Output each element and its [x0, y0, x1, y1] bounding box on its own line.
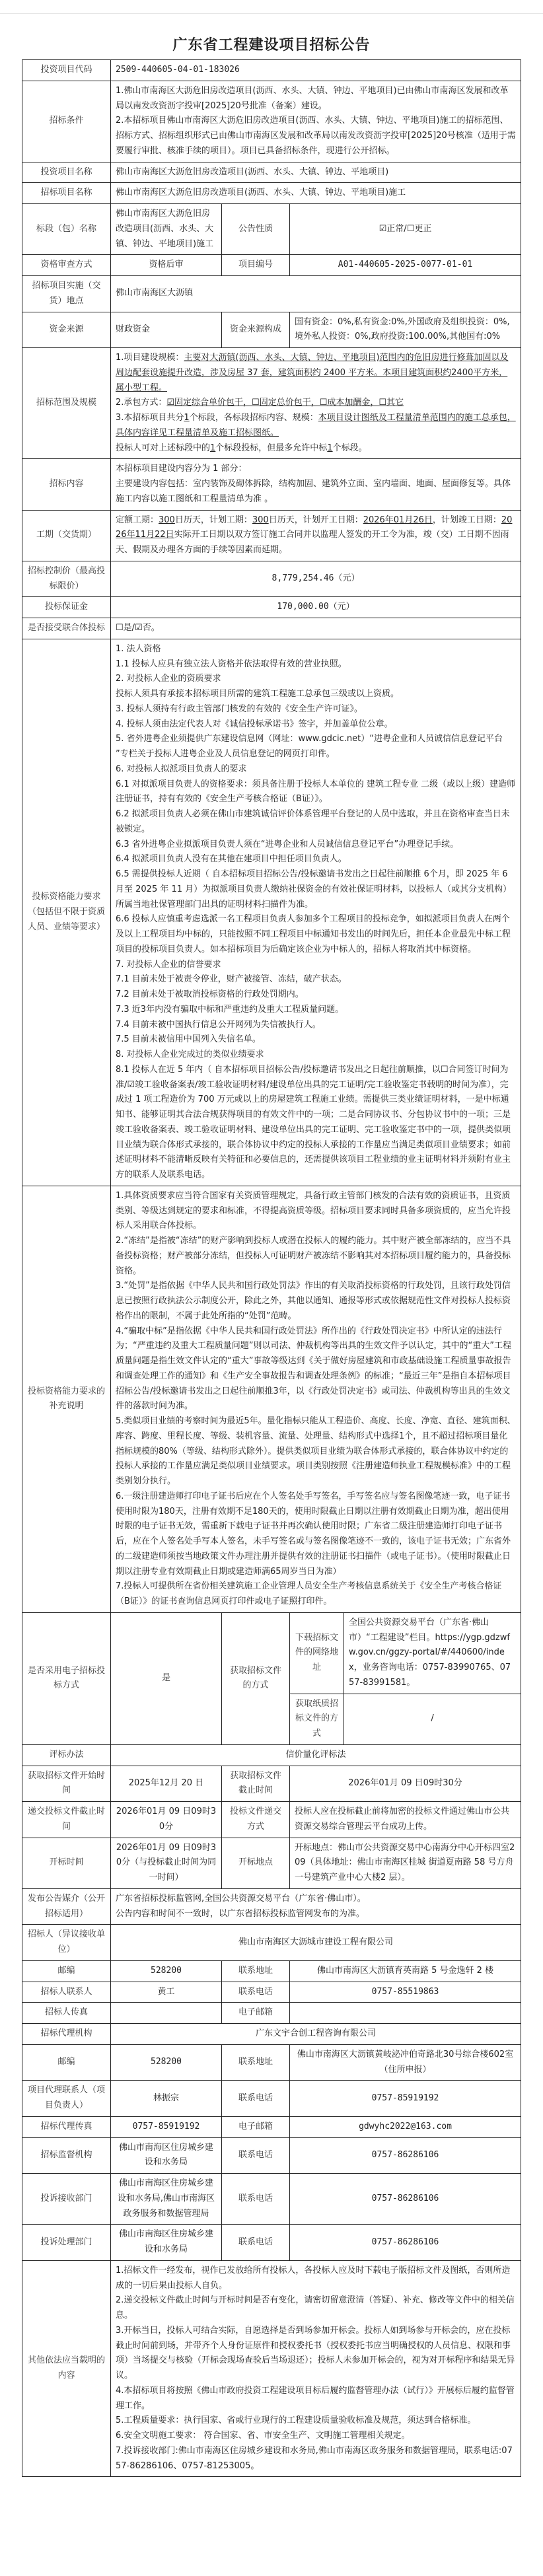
value: 2026年01月 09 日09时30分 — [111, 1802, 222, 1838]
value: 528200 — [111, 2044, 222, 2081]
label: 发布公告媒介（公开招标适用） — [22, 1888, 111, 1925]
line: 7.投标人可提供所在省份相关建筑施工企业管理人员安全生产考核信息系统关于《安全生… — [116, 1579, 516, 1610]
label: 投资项目名称 — [22, 162, 111, 183]
line: 6.4 拟派项目负责人没有在其他在建项目中担任项目负责人。 — [116, 852, 516, 867]
line: 6.1 对拟派项目负责人的资格要求：须具备注册于投标人本单位的 建筑工程专业 二… — [116, 777, 516, 808]
label: 投标保证金 — [22, 597, 111, 618]
label: 联系电话 — [222, 2174, 290, 2225]
label: 标段（包）名称 — [22, 204, 111, 255]
label: 联系电话 — [222, 2081, 290, 2117]
row-consortium: 是否接受联合体投标 ☐是/☑否。 — [22, 618, 521, 639]
row-qualification: 投标资格能力要求（包括但不限于资质人员、业绩等要求） 1. 法人资格 1.1 投… — [22, 639, 521, 1186]
nature-checkbox: ☑正常/☐更正 — [290, 204, 521, 255]
value: 佛山市南海区住房城乡建设和水务局 — [111, 2137, 222, 2174]
label: 是否接受联合体投标 — [22, 618, 111, 639]
label: 招标代理传真 — [22, 2116, 111, 2137]
value: 8,779,254.46（元） — [111, 561, 521, 597]
row-content: 招标内容 本招标项目建设内容分为 1 部分： 主要建设内容包括：室内装饰及砌体拆… — [22, 459, 521, 510]
line: 本招标项目建设内容分为 1 部分： — [116, 462, 516, 477]
line: 5. 省外进粤企业须提供广东建设信息网（网址：www.gdcic.net）“进粤… — [116, 732, 516, 762]
label: 投标文件递交方式 — [222, 1802, 290, 1838]
row-review: 资格审查方式 资格后审 项目编号 A01-440605-2025-0077-01… — [22, 255, 521, 276]
label: 招标控制价（最高投标限价） — [22, 561, 111, 597]
row-opening: 开标时间 2026年01月 09 日09时30分（与投标截止时间为同一时间） 开… — [22, 1838, 521, 1888]
line: 8.1 投标人在近 5 年内（ 自本招标项目招标公告/投标邀请书发出之日起往前顺… — [116, 1063, 516, 1183]
label: 投诉接收部门 — [22, 2174, 111, 2225]
value: 佛山市南海区住房城乡建设和水务局 — [111, 2225, 222, 2261]
label: 联系电话 — [222, 2225, 290, 2261]
label: 开标时间 — [22, 1838, 111, 1888]
text: 1 — [184, 413, 189, 423]
label: 联系地址 — [222, 2044, 290, 2081]
label: 投诉处理部门 — [22, 2225, 111, 2261]
top-bar — [0, 0, 543, 14]
text: 个标段，各标段招标内容、规模： — [190, 413, 318, 423]
notice-table: 投资项目代码 2509-440605-04-01-183026 招标条件 1.佛… — [22, 59, 521, 2477]
value — [290, 2003, 521, 2024]
text: 个标段。 — [333, 443, 367, 453]
label: 联系电话 — [222, 1982, 290, 2003]
line: 7.4 目前未被中国执行信息公开网列为失信被执行人。 — [116, 1018, 516, 1033]
row-tenderer: 招标人（异议接收单位） 佛山市南海区大沥城市建设工程有限公司 — [22, 1925, 521, 1961]
row-tenderer-contact: 招标人联系人 黄工 联系电话 0757-85519863 — [22, 1982, 521, 2003]
email-link[interactable]: gdwyhc2022@163.com — [290, 2116, 521, 2137]
label: 电子邮箱 — [222, 2003, 290, 2024]
value: ☐是/☑否。 — [111, 618, 521, 639]
row-agency-contact: 项目代理联系人（项目负责人） 林振宗 联系电话 0757-85919192 — [22, 2081, 521, 2117]
text: 定额工期： — [116, 515, 159, 525]
label: 投标资格能力要求的补充说明 — [22, 1186, 111, 1612]
row-obtain-time: 获取招标文件开始时间 2025年12月 20 日 获取招标文件截止时间 2026… — [22, 1766, 521, 1802]
label: 联系电话 — [222, 2137, 290, 2174]
line: 2.“冻结”是指被“冻结”的财产影响到投标人或潜在投标人的履约能力。其中财产被全… — [116, 1234, 516, 1279]
value: 0757-85919192 — [290, 2081, 521, 2117]
label: 工期（交货期） — [22, 510, 111, 561]
value: 2026年01月 09 日09时30分（与投标截止时间为同一时间） — [111, 1838, 222, 1888]
line: 4.“骗取中标”是指依据《中华人民共和国行政处罚法》所作出的《行政处罚决定书》中… — [116, 1324, 516, 1415]
label: 投标资格能力要求（包括但不限于资质人员、业绩等要求） — [22, 639, 111, 1186]
text: ，计划竣工日期： — [433, 515, 501, 525]
line: 主要建设内容包括：室内装饰及砌体拆除，结构加固、建筑外立面、室内墙面、地面、屋面… — [116, 477, 516, 507]
row-media: 发布公告媒介（公开招标适用） 广东省招标投标监管网,全国公共资源交易平台（广东省… — [22, 1888, 521, 1925]
label: 邮编 — [22, 1960, 111, 1982]
line: 1.招标文件一经发布，视作已发放给所有投标人，各投标人应及时下载电子版招标文件及… — [116, 2264, 516, 2294]
text: 1 — [327, 443, 332, 453]
label: 开标地点 — [222, 1838, 290, 1888]
value: 是 — [111, 1612, 222, 1744]
line: 7.2 目前未处于被取消投标资格的行政处罚期内。 — [116, 987, 516, 1003]
value: 佛山市南海区大沥镇育英南路 5 号金逸轩 2 楼 — [290, 1960, 521, 1982]
line: 6.3 省外进粤企业拟派项目负责人须在“进粤企业和人员诚信信息登记平台”办理登记… — [116, 838, 516, 853]
value: 资格后审 — [111, 255, 222, 276]
value: 佛山市南海区大沥危旧房改造项目(沥西、水头、大镇、钟边、平地项目)施工 — [111, 183, 521, 204]
value: 170,000.00（元） — [111, 597, 521, 618]
line: 2.递交投标文件截止时间与开标时间是否有变化，请密切留意澄清（答疑）、补充、修改… — [116, 2293, 516, 2324]
label: 获取招标文件的方式 — [222, 1612, 290, 1744]
label: 邮编 — [22, 2044, 111, 2081]
value: 广东省招标投标监管网,全国公共资源交易平台（广东省·佛山市）。 公告内容和时间不… — [111, 1888, 521, 1925]
value: 广东文宇合创工程咨询有限公司 — [111, 2024, 521, 2045]
line: 1.1 投标人应具有独立法人资格并依法取得有效的营业执照。 — [116, 657, 516, 672]
row-period: 工期（交货期） 定额工期：300日历天，计划工期：300日历天，计划开工日期：2… — [22, 510, 521, 561]
value: 财政资金 — [111, 312, 222, 348]
row-tenderer-zip: 邮编 528200 联系地址 佛山市南海区大沥镇育英南路 5 号金逸轩 2 楼 — [22, 1960, 521, 1982]
text: 实际开工日期以双方签订施工合同并以监理人签发的开工令为准，竣（交）工日期不因雨天… — [116, 530, 509, 555]
row-control-price: 招标控制价（最高投标限价） 8,779,254.46（元） — [22, 561, 521, 597]
value: 投标人应在投标截止前将加密的投标文件通过佛山市公共资源交易综合管理云平台成功上传… — [290, 1802, 521, 1838]
row-funding: 资金来源 财政资金 资金来源构成 国有资金：0%,私有资金:0%,外国政府及组织… — [22, 312, 521, 348]
text: 投标人可对上述标段中的 — [116, 443, 210, 453]
text: 日历天，计划开工日期： — [269, 515, 363, 525]
label: 联系地址 — [222, 1960, 290, 1982]
text: 1.项目建设规模： — [116, 353, 184, 363]
label: 项目编号 — [222, 255, 290, 276]
label: 资金来源构成 — [222, 312, 290, 348]
value: 0757-86286106 — [290, 2225, 521, 2261]
line: 4. 投标人须由法定代表人对《诚信投标承诺书》签字，并加盖单位公章。 — [116, 717, 516, 733]
label: 招标项目名称 — [22, 183, 111, 204]
label: 招标范围及规模 — [22, 348, 111, 459]
row-evaluation: 评标办法 信价量化评标法 — [22, 1744, 521, 1766]
line: 6.一级注册建造师打印电子证书后应在个人签名处手写签名，手写签名应与签名图像笔迹… — [116, 1489, 516, 1580]
row-electronic: 是否采用电子招标投标方式 是 获取招标文件的方式 下载招标文件的网络地址 全国公… — [22, 1612, 521, 1694]
value: 佛山市南海区大沥危旧房改造项目(沥西、水头、大镇、钟边、平地项目)施工 — [111, 204, 222, 255]
row-agency-zip: 邮编 528200 联系地址 佛山市南海区大沥镇黄岐泌冲伯奇路北30号综合楼60… — [22, 2044, 521, 2081]
label: 招标监督机构 — [22, 2137, 111, 2174]
line: 投标人须具有承接本招标项目所需的建筑工程施工总承包三级或以上资质。 — [116, 687, 516, 702]
line: 3.开标当日，投标人可结合实际，自愿选择是否到场参加开标会。投标人如到场参与开标… — [116, 2324, 516, 2384]
row-qualification-notes: 投标资格能力要求的补充说明 1.具体资质要求应当符合国家有关资质管理规定，具备行… — [22, 1186, 521, 1612]
value: 林振宗 — [111, 2081, 222, 2117]
value: 0757-85519863 — [290, 1982, 521, 2003]
row-submit: 递交投标文件截止时间 2026年01月 09 日09时30分 投标文件递交方式 … — [22, 1802, 521, 1838]
value: 佛山市南海区大沥镇黄岐泌冲伯奇路北30号综合楼602室（住所申报） — [290, 2044, 521, 2081]
line: 7.1 目前未处于被责令停业，财产被接管、冻结，破产状态。 — [116, 972, 516, 987]
row-location: 招标项目实施（交货）地点 佛山市南海区大沥镇 — [22, 276, 521, 312]
value: 1.项目建设规模：主要对大沥镇(沥西、水头、大镇、钟边、平地项目)范围内的危旧房… — [111, 348, 521, 459]
value: 1.具体资质要求应当符合国家有关资质管理规定，具备行政主管部门核发的合法有效的资… — [111, 1186, 521, 1612]
row-deposit: 投标保证金 170,000.00（元） — [22, 597, 521, 618]
text: 300 — [252, 515, 269, 525]
line: 5.工程质量要求：执行国家、省或行业现行的工程建设质量验收标准及规范，须达到合格… — [116, 2414, 516, 2429]
label: 项目代理联系人（项目负责人） — [22, 2081, 111, 2117]
label: 下载招标文件的网络地址 — [290, 1612, 344, 1694]
bottom-spacer — [0, 2477, 543, 2576]
value: 开标地点：佛山市公共资源交易中心南海分中心开标四室209（具体地址：佛山市南海区… — [290, 1838, 521, 1888]
label: 电子邮箱 — [222, 2116, 290, 2137]
row-other: 其他依法应当载明的内容 1.招标文件一经发布，视作已发放给所有投标人，各投标人应… — [22, 2260, 521, 2477]
line: 广东省招标投标监管网,全国公共资源交易平台（广东省·佛山市）。 — [116, 1892, 516, 1907]
contract-type-checkboxes: ☑固定综合单价包干，☐固定总价包干，☐成本加酬金，☐其它 — [166, 398, 404, 408]
row-complaint-handle: 投诉处理部门 佛山市南海区住房城乡建设和水务局 联系电话 0757-862861… — [22, 2225, 521, 2261]
line: 2. 对投标人企业的资质要求 — [116, 672, 516, 687]
label: 是否采用电子招标投标方式 — [22, 1612, 111, 1744]
label: 招标人（异议接收单位） — [22, 1925, 111, 1961]
line: 7.3 近3年内没有骗取中标和严重违约及重大工程质量问题。 — [116, 1003, 516, 1018]
value: 1. 法人资格 1.1 投标人应具有独立法人资格并依法取得有效的营业执照。 2.… — [111, 639, 521, 1186]
line: 4.本招标项目将按照《佛山市政府投资工程建设项目标后履约监督管理办法（试行）》开… — [116, 2384, 516, 2414]
line: 6.6 投标人应慎重考虑选派一名工程项目负责人参加多个工程项目的投标竞争，如拟派… — [116, 912, 516, 957]
value: 1.佛山市南海区大沥危旧房改造项目(沥西、水头、大镇、钟边、平地项目)已由佛山市… — [111, 81, 521, 162]
line: 2.本招标项目佛山市南海区大沥危旧房改造项目(沥西、水头、大镇、钟边、平地项目)… — [116, 114, 516, 159]
line: 6. 对投标人拟派项目负责人的要求 — [116, 762, 516, 777]
line: 1.佛山市南海区大沥危旧房改造项目(沥西、水头、大镇、钟边、平地项目)已由佛山市… — [116, 84, 516, 114]
label: 投资项目代码 — [22, 60, 111, 81]
line: 5.类似项目业绩的考察时间为最近5年。量化指标只能从工程造价、高度、长度、净宽、… — [116, 1414, 516, 1489]
row-investment-code: 投资项目代码 2509-440605-04-01-183026 — [22, 60, 521, 81]
value: 信价量化评标法 — [111, 1744, 521, 1766]
line: 7.投诉接收部门:佛山市南海区住房城乡建设和水务局,佛山市南海区政务服务和数据管… — [116, 2444, 516, 2474]
row-supervisor: 招标监督机构 佛山市南海区住房城乡建设和水务局 联系电话 0757-862861… — [22, 2137, 521, 2174]
row-agency: 招标代理机构 广东文宇合创工程咨询有限公司 — [22, 2024, 521, 2045]
value: 2509-440605-04-01-183026 — [111, 60, 521, 81]
text: 3.本招标项目共分 — [116, 413, 184, 423]
line: 6.5 需提供投标人近期（ 自本招标项目招标公告/投标邀请书发出之日起往前顺推 … — [116, 867, 516, 912]
line: 6.安全文明施工要求： 符合国家、省、市安全生产、文明施工管理相关规定。 — [116, 2429, 516, 2444]
label: 递交投标文件截止时间 — [22, 1802, 111, 1838]
download-address[interactable]: 全国公共资源交易平台（广东省·佛山市）“工程建设”栏目。https://ygp.… — [344, 1612, 521, 1694]
line: 1.具体资质要求应当符合国家有关资质管理规定，具备行政主管部门核发的合法有效的资… — [116, 1189, 516, 1234]
value: 佛山市南海区住房城乡建设和水务局,佛山市南海区政务服务和数据管理局 — [111, 2174, 222, 2225]
label: 获取招标文件截止时间 — [222, 1766, 290, 1802]
row-scope: 招标范围及规模 1.项目建设规模：主要对大沥镇(沥西、水头、大镇、钟边、平地项目… — [22, 348, 521, 459]
value: 1.招标文件一经发布，视作已发放给所有投标人，各投标人应及时下载电子版招标文件及… — [111, 2260, 521, 2477]
value: 定额工期：300日历天，计划工期：300日历天，计划开工日期：2026年01月2… — [111, 510, 521, 561]
value: 2026年01月 09 日09时30分 — [290, 1766, 521, 1802]
page-title: 广东省工程建设项目招标公告 — [0, 34, 543, 54]
label: 获取招标文件开始时间 — [22, 1766, 111, 1802]
row-investment-name: 投资项目名称 佛山市南海区大沥危旧房改造项目(沥西、水头、大镇、钟边、平地项目) — [22, 162, 521, 183]
row-tenderer-fax: 招标人传真 电子邮箱 — [22, 2003, 521, 2024]
row-tender-name: 招标项目名称 佛山市南海区大沥危旧房改造项目(沥西、水头、大镇、钟边、平地项目)… — [22, 183, 521, 204]
line: 公告内容和时间不一致时，以广东省招标投标监管网发布的为准。 — [116, 1907, 516, 1922]
row-agency-fax: 招标代理传真 0757-85919192 电子邮箱 gdwyhc2022@163… — [22, 2116, 521, 2137]
value — [111, 2003, 222, 2024]
label: 招标代理机构 — [22, 2024, 111, 2045]
label: 评标办法 — [22, 1744, 111, 1766]
text: 个标段投标，但最多允许中标 — [215, 443, 327, 453]
row-complaint-receive: 投诉接收部门 佛山市南海区住房城乡建设和水务局,佛山市南海区政务服务和数据管理局… — [22, 2174, 521, 2225]
line: 3.“处罚”是指依据《中华人民共和国行政处罚法》作出的有关取消投标资格的行政处罚… — [116, 1279, 516, 1324]
label: 招标内容 — [22, 459, 111, 510]
row-conditions: 招标条件 1.佛山市南海区大沥危旧房改造项目(沥西、水头、大镇、钟边、平地项目)… — [22, 81, 521, 162]
line: 7.5 目前未被信用中国列入失信名单。 — [116, 1032, 516, 1048]
line: 1. 法人资格 — [116, 642, 516, 657]
label: 其他依法应当载明的内容 — [22, 2260, 111, 2477]
text: 日历天，计划工期： — [175, 515, 252, 525]
value: 佛山市南海区大沥镇 — [111, 276, 521, 312]
line: 3. 投标人须持有行政主管部门核发的有效的《安全生产许可证》。 — [116, 702, 516, 717]
label: 招标人传真 — [22, 2003, 111, 2024]
label: 资金来源 — [22, 312, 111, 348]
line: 6.2 拟派项目负责人必须在佛山市建筑诚信评价体系管理平台登记的人员中选取，并且… — [116, 807, 516, 838]
value: 本招标项目建设内容分为 1 部分： 主要建设内容包括：室内装饰及砌体拆除，结构加… — [111, 459, 521, 510]
line: 8. 对投标人企业完成过的类似业绩要求 — [116, 1048, 516, 1063]
label: 招标人联系人 — [22, 1982, 111, 2003]
value: 0757-86286106 — [290, 2137, 521, 2174]
label: 资格审查方式 — [22, 255, 111, 276]
label: 公告性质 — [222, 204, 290, 255]
value: 佛山市南海区大沥危旧房改造项目(沥西、水头、大镇、钟边、平地项目) — [111, 162, 521, 183]
value: 0757-85919192 — [111, 2116, 222, 2137]
value: 528200 — [111, 1960, 222, 1982]
value: 0757-86286106 — [290, 2174, 521, 2225]
project-code: A01-440605-2025-0077-01-01 — [290, 255, 521, 276]
label: 招标项目实施（交货）地点 — [22, 276, 111, 312]
value: 佛山市南海区大沥城市建设工程有限公司 — [111, 1925, 521, 1961]
label: 招标条件 — [22, 81, 111, 162]
value: 黄工 — [111, 1982, 222, 2003]
label: 获取纸质招标文件的方式 — [290, 1694, 344, 1744]
text: 2.承包方式： — [116, 398, 166, 408]
line: 7. 对投标人企业的信誉要求 — [116, 958, 516, 973]
start-date: 2026年01月26日 — [363, 515, 433, 525]
value: / — [344, 1694, 521, 1744]
row-section: 标段（包）名称 佛山市南海区大沥危旧房改造项目(沥西、水头、大镇、钟边、平地项目… — [22, 204, 521, 255]
value: 2025年12月 20 日 — [111, 1766, 222, 1802]
text: 300 — [159, 515, 175, 525]
composition: 国有资金：0%,私有资金:0%,外国政府及组织投资：0%,境外私人投资：0%,政… — [290, 312, 521, 348]
